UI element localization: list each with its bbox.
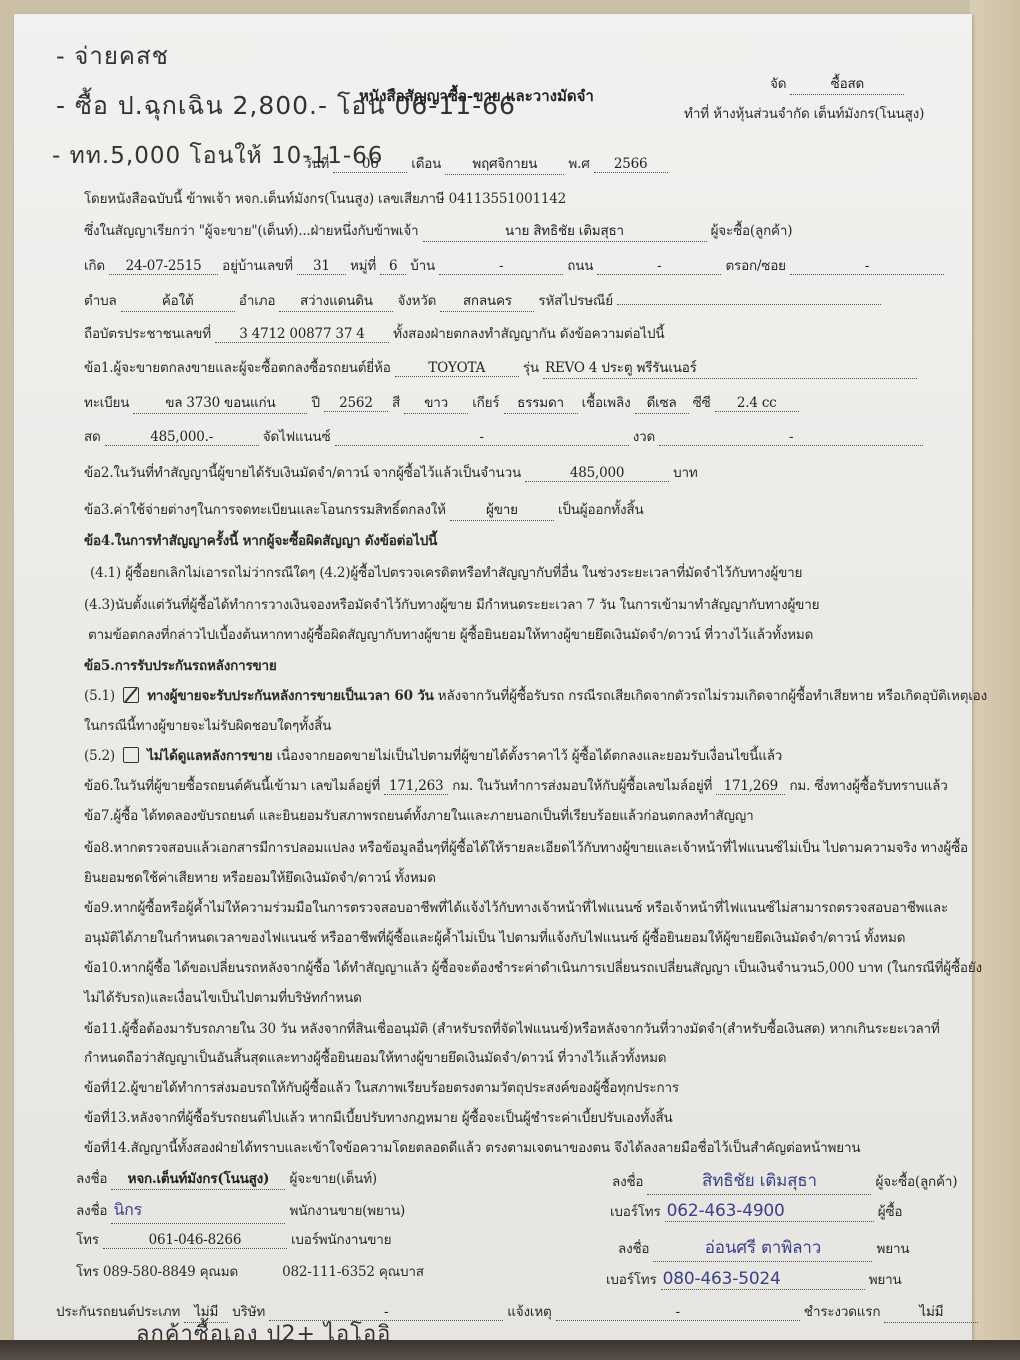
clause8a: ข้อ8.หากตรวจสอบแล้วเอกสารมีการปลอมแปลง ห…	[84, 836, 968, 858]
clause1-text: ข้อ1.ผู้จะขายตกลงขายและผู้จะซื้อตกลงซื้อ…	[84, 360, 391, 376]
postal-value	[617, 288, 881, 305]
clause4-title: ข้อ4.ในการทำสัญญาครั้งนี้ หากผู้จะซื้อผิ…	[84, 529, 437, 551]
clause4-3b: ตามข้อตกลงที่กล่าวไปเบื้องต้นหากทางผู้ซื…	[88, 623, 813, 645]
clause4-1: (4.1) ผู้ซื้อยกเลิกไม่เอารถไม่ว่ากรณีใดๆ…	[90, 561, 802, 583]
soi-label: ตรอก/ซอย	[725, 258, 785, 274]
sign-label: ลงชื่อ	[76, 1171, 107, 1187]
buyer-phone-role: ผู้ซื้อ	[878, 1204, 903, 1220]
finance-label: จัดไฟแนนซ์	[263, 429, 331, 445]
province-label: จังหวัด	[397, 293, 436, 309]
staff-phone-role: เบอร์พนักงานขาย	[291, 1232, 391, 1248]
clause6-a: ข้อ6.ในวันที่ผู้ขายซื้อรถยนต์คันนี้เข้าม…	[84, 778, 380, 794]
clause2: ข้อ2.ในวันที่ทำสัญญานี้ผู้ขายได้รับเงินม…	[84, 461, 698, 483]
notify-value: -	[556, 1304, 800, 1321]
witness-phone-role: พยาน	[869, 1272, 902, 1288]
village-label: บ้าน	[410, 258, 435, 274]
staff-role: พนักงานขาย(พยาน)	[290, 1203, 406, 1219]
postal-label: รหัสไปรษณีย์	[538, 293, 613, 309]
day-value: 06	[333, 156, 407, 173]
clause3: ข้อ3.ค่าใช้จ่ายต่างๆในการจดทะเบียนและโอน…	[84, 498, 643, 521]
intro: โดยหนังสือฉบับนี้ ข้าพเจ้า หจก.เต็นท์มัง…	[84, 187, 566, 209]
gear-value: ธรรมดา	[504, 391, 578, 414]
mileage-in: 171,263	[384, 778, 448, 795]
witness-signature-value: อ่อนศรี ตาพิลาว	[653, 1234, 872, 1262]
fuel-label: เชื้อเพลิง	[582, 395, 631, 411]
reg-label: ทะเบียน	[84, 395, 129, 411]
month-value: พฤศจิกายน	[445, 152, 564, 175]
staff-signature-value: นิกร	[111, 1198, 285, 1224]
phone-label: เบอร์โทร	[610, 1204, 661, 1220]
cc-label: ซีซี	[693, 395, 711, 411]
model-label: รุ่น	[523, 360, 539, 376]
moo-value: 6	[380, 258, 406, 275]
clause2-text: ข้อ2.ในวันที่ทำสัญญานี้ผู้ขายได้รับเงินม…	[84, 465, 521, 481]
clause6-b: กม. ในวันทำการส่งมอบให้กับผู้ซื้อเลขไมล์…	[452, 778, 712, 794]
contact-1: โทร 089-580-8849 คุณมด	[76, 1264, 238, 1280]
seller-name: หจก.เต็นท์มังกร(โนนสูง)	[111, 1167, 285, 1190]
house-label: อยู่บ้านเลขที่	[222, 258, 293, 274]
clause5-1-text: หลังจากวันที่ผู้ซื้อรับรถ กรณีรถเสียเกิด…	[438, 688, 987, 704]
buyer-signature-value: สิทธิชัย เติมสุธา	[647, 1167, 871, 1195]
clause5-1: (5.1) ทางผู้ขายจะรับประกันหลังการขายเป็น…	[84, 684, 987, 706]
buyer-role: ผู้จะซื้อ(ลูกค้า)	[711, 223, 793, 239]
clause5-1-label: (5.1)	[84, 688, 115, 704]
contract-title: หนังสือสัญญาซื้อ-ขาย และวางมัดจำ	[359, 84, 594, 108]
clause5-2: (5.2) ไม่ได้ดูแลหลังการขาย เนื่องจากยอดข…	[84, 744, 782, 766]
month-label: เดือน	[411, 156, 441, 172]
village-value: -	[439, 258, 563, 275]
phone-label: เบอร์โทร	[606, 1272, 657, 1288]
staff-phone: 061-046-8266	[103, 1232, 287, 1249]
first-payment-value: ไม่มี	[884, 1300, 978, 1323]
place: ทำที่ ห้างหุ้นส่วนจำกัด เต็นท์มังกร(โนนส…	[684, 102, 924, 124]
buyer-phone-row: เบอร์โทร 062-463-4900 ผู้ซื้อ	[610, 1200, 902, 1222]
warranty-60-days-checkbox[interactable]	[123, 687, 139, 703]
installment-value: -	[659, 429, 923, 446]
address-row: เกิด 24-07-2515 อยู่บ้านเลขที่ 31 หมู่ที…	[84, 254, 944, 276]
clause5-title: ข้อ5.การรับประกันรถหลังการขาย	[84, 654, 277, 676]
reg-value: ขล 3730 ขอนแก่น	[133, 391, 307, 414]
buyer-sign-role: ผู้จะซื้อ(ลูกค้า)	[876, 1174, 958, 1190]
buyer-phone: 062-463-4900	[665, 1201, 874, 1222]
road-label: ถนน	[567, 258, 593, 274]
province-value: สกลนคร	[440, 289, 534, 312]
unit-baht: บาท	[673, 465, 697, 481]
color-label: สี	[392, 395, 400, 411]
model-value: REVO 4 ประตู พรีรันเนอร์	[543, 356, 917, 379]
price-row: สด 485,000.- จัดไฟแนนซ์ - งวด -	[84, 425, 923, 447]
clause5-2-text: เนื่องจากยอดขายไม่เป็นไปตามที่ผู้ขายได้ต…	[277, 748, 783, 764]
notify-label: แจ้งเหตุ	[507, 1304, 551, 1320]
district-label: อำเภอ	[239, 293, 276, 309]
color-value: ขาว	[404, 391, 468, 414]
deposit-amount: 485,000	[525, 465, 669, 482]
clause12: ข้อที่12.ผู้ขายได้ทำการส่งมอบรถให้กับผู้…	[84, 1076, 679, 1098]
staff-signature: ลงชื่อ นิกร พนักงานขาย(พยาน)	[76, 1198, 405, 1224]
clause10a: ข้อ10.หากผู้ซื้อ ได้ขอเปลี่ยนรถหลังจากผู…	[84, 956, 982, 978]
handwritten-note-1: - จ่ายคสช	[56, 36, 169, 75]
subdistrict-label: ตำบล	[84, 293, 117, 309]
location-row: ตำบล ค้อใต้ อำเภอ สว่างแดนดิน จังหวัด สก…	[84, 288, 881, 312]
clause8b: ยินยอมชดใช้ค่าเสียหาย หรือยอมให้ยึดเงินม…	[84, 866, 436, 888]
sign-label: ลงชื่อ	[618, 1241, 649, 1257]
installment-label: งวด	[633, 429, 655, 445]
road-value: -	[597, 258, 721, 275]
birth-label: เกิด	[84, 258, 105, 274]
fuel-value: ดีเซล	[635, 391, 689, 414]
staff-phone-row: โทร 061-046-8266 เบอร์พนักงานขาย	[76, 1228, 391, 1250]
witness-phone: 080-463-5024	[661, 1269, 865, 1290]
contract-paper: - จ่ายคสช - ซื้อ ป.ฉุกเฉิน 2,800.- โอน 0…	[14, 14, 972, 1344]
birth-value: 24-07-2515	[109, 258, 218, 275]
tel-label: โทร	[76, 1232, 99, 1248]
clause13: ข้อที่13.หลังจากที่ผู้ซื้อรับรถยนต์ไปแล้…	[84, 1106, 673, 1128]
buyer-signature: ลงชื่อ สิทธิชัย เติมสุธา ผู้จะซื้อ(ลูกค้…	[612, 1167, 957, 1195]
clause5-1-cont: ในกรณีนี้ทางผู้ขายจะไม่รับผิดชอบใดๆทั้งส…	[84, 714, 331, 736]
id-value: 3 4712 00877 37 4	[215, 326, 389, 343]
clause11a: ข้อ11.ผู้ซื้อต้องมารับรถภายใน 30 วัน หลั…	[84, 1017, 940, 1039]
first-payment-label: ชำระงวดแรก	[804, 1304, 881, 1320]
agree-text: ทั้งสองฝ่ายตกลงทำสัญญากัน ดังข้อความต่อไ…	[393, 326, 664, 342]
year-value-v: 2562	[324, 395, 388, 412]
clause5-1-bold: ทางผู้ขายจะรับประกันหลังการขายเป็นเวลา 6…	[147, 688, 434, 704]
cash-value: 485,000.-	[105, 429, 259, 446]
contacts-row: โทร 089-580-8849 คุณมด 082-111-6352 คุณบ…	[76, 1260, 424, 1282]
clause9a: ข้อ9.หากผู้ซื้อหรือผู้ค้ำไม่ให้ความร่วมม…	[84, 896, 948, 918]
witness-signature: ลงชื่อ อ่อนศรี ตาพิลาว พยาน	[618, 1234, 909, 1262]
clause7: ข้อ7.ผู้ซื้อ ได้ทดลองขับรถยนต์ และยินยอม…	[84, 804, 753, 826]
buyer-row: ซึ่งในสัญญาเรียกว่า "ผู้จะขาย"(เต็นท์)..…	[84, 219, 792, 242]
gear-label: เกียร์	[472, 395, 499, 411]
contact-2: 082-111-6352 คุณบาส	[282, 1264, 424, 1280]
vehicle-row: ทะเบียน ขล 3730 ขอนแก่น ปี 2562 สี ขาว เ…	[84, 391, 799, 414]
clause1-row: ข้อ1.ผู้จะขายตกลงขายและผู้จะซื้อตกลงซื้อ…	[84, 356, 917, 379]
clause3-tail: เป็นผู้ออกทั้งสิ้น	[558, 502, 643, 518]
type-value: ซื้อสด	[790, 72, 904, 95]
seller-text: ซึ่งในสัญญาเรียกว่า "ผู้จะขาย"(เต็นท์)..…	[84, 223, 418, 239]
brand-value: TOYOTA	[395, 360, 519, 377]
year-value: 2566	[594, 156, 668, 173]
sign-label: ลงชื่อ	[76, 1203, 107, 1219]
clause10b: ไม่ได้รับรถ)และเงื่อนไขเป็นไปตามที่บริษั…	[84, 986, 362, 1008]
contract-type: จัด ซื้อสด	[770, 72, 904, 95]
clause11b: กำหนดถือว่าสัญญาเป็นอันสิ้นสุดและทางผู้ซ…	[84, 1046, 666, 1068]
clause6-c: กม. ซึ่งทางผู้ซื้อรับทราบแล้ว	[789, 778, 947, 794]
day-label: วันที่	[304, 156, 329, 172]
cost-party: ผู้ขาย	[450, 498, 554, 521]
witness-phone-row: เบอร์โทร 080-463-5024 พยาน	[606, 1268, 902, 1290]
soi-value: -	[790, 258, 944, 275]
house-value: 31	[297, 258, 346, 275]
clause6: ข้อ6.ในวันที่ผู้ขายซื้อรถยนต์คันนี้เข้าม…	[84, 774, 948, 796]
id-row: ถือบัตรประชาชนเลขที่ 3 4712 00877 37 4 ท…	[84, 322, 664, 344]
clause14: ข้อที่14.สัญญานี้ทั้งสองฝ่ายได้ทราบและเข…	[84, 1136, 860, 1158]
clause3-text: ข้อ3.ค่าใช้จ่ายต่างๆในการจดทะเบียนและโอน…	[84, 502, 446, 518]
type-label: จัด	[770, 76, 786, 92]
clause9b: อนุมัติได้ภายในกำหนดเวลาของไฟแนนซ์ หรืออ…	[84, 926, 905, 948]
desk-edge	[0, 1340, 1020, 1360]
district-value: สว่างแดนดิน	[279, 289, 393, 312]
desk-background	[970, 0, 1020, 1360]
sign-label: ลงชื่อ	[612, 1174, 643, 1190]
moo-label: หมู่ที่	[350, 258, 376, 274]
seller-signature: ลงชื่อ หจก.เต็นท์มังกร(โนนสูง) ผู้จะขาย(…	[76, 1167, 377, 1190]
subdistrict-value: ค้อใต้	[121, 289, 235, 312]
finance-value: -	[335, 429, 629, 446]
no-warranty-checkbox[interactable]	[123, 747, 139, 763]
date-row: วันที่ 06 เดือน พฤศจิกายน พ.ศ 2566	[304, 152, 668, 175]
year-label: พ.ศ	[568, 156, 589, 172]
witness-role: พยาน	[877, 1241, 910, 1257]
year-label-v: ปี	[311, 395, 319, 411]
clause4-3a: (4.3)นับตั้งแต่วันที่ผู้ซื้อได้ทำการวางเ…	[84, 593, 819, 615]
clause5-2-bold: ไม่ได้ดูแลหลังการขาย	[147, 748, 272, 764]
cc-value: 2.4 cc	[715, 395, 799, 412]
id-label: ถือบัตรประชาชนเลขที่	[84, 326, 211, 342]
buyer-name: นาย สิทธิชัย เติมสุธา	[423, 219, 707, 242]
seller-role: ผู้จะขาย(เต็นท์)	[290, 1171, 377, 1187]
clause5-2-label: (5.2)	[84, 748, 115, 764]
mileage-out: 171,269	[716, 778, 785, 795]
cash-label: สด	[84, 429, 101, 445]
